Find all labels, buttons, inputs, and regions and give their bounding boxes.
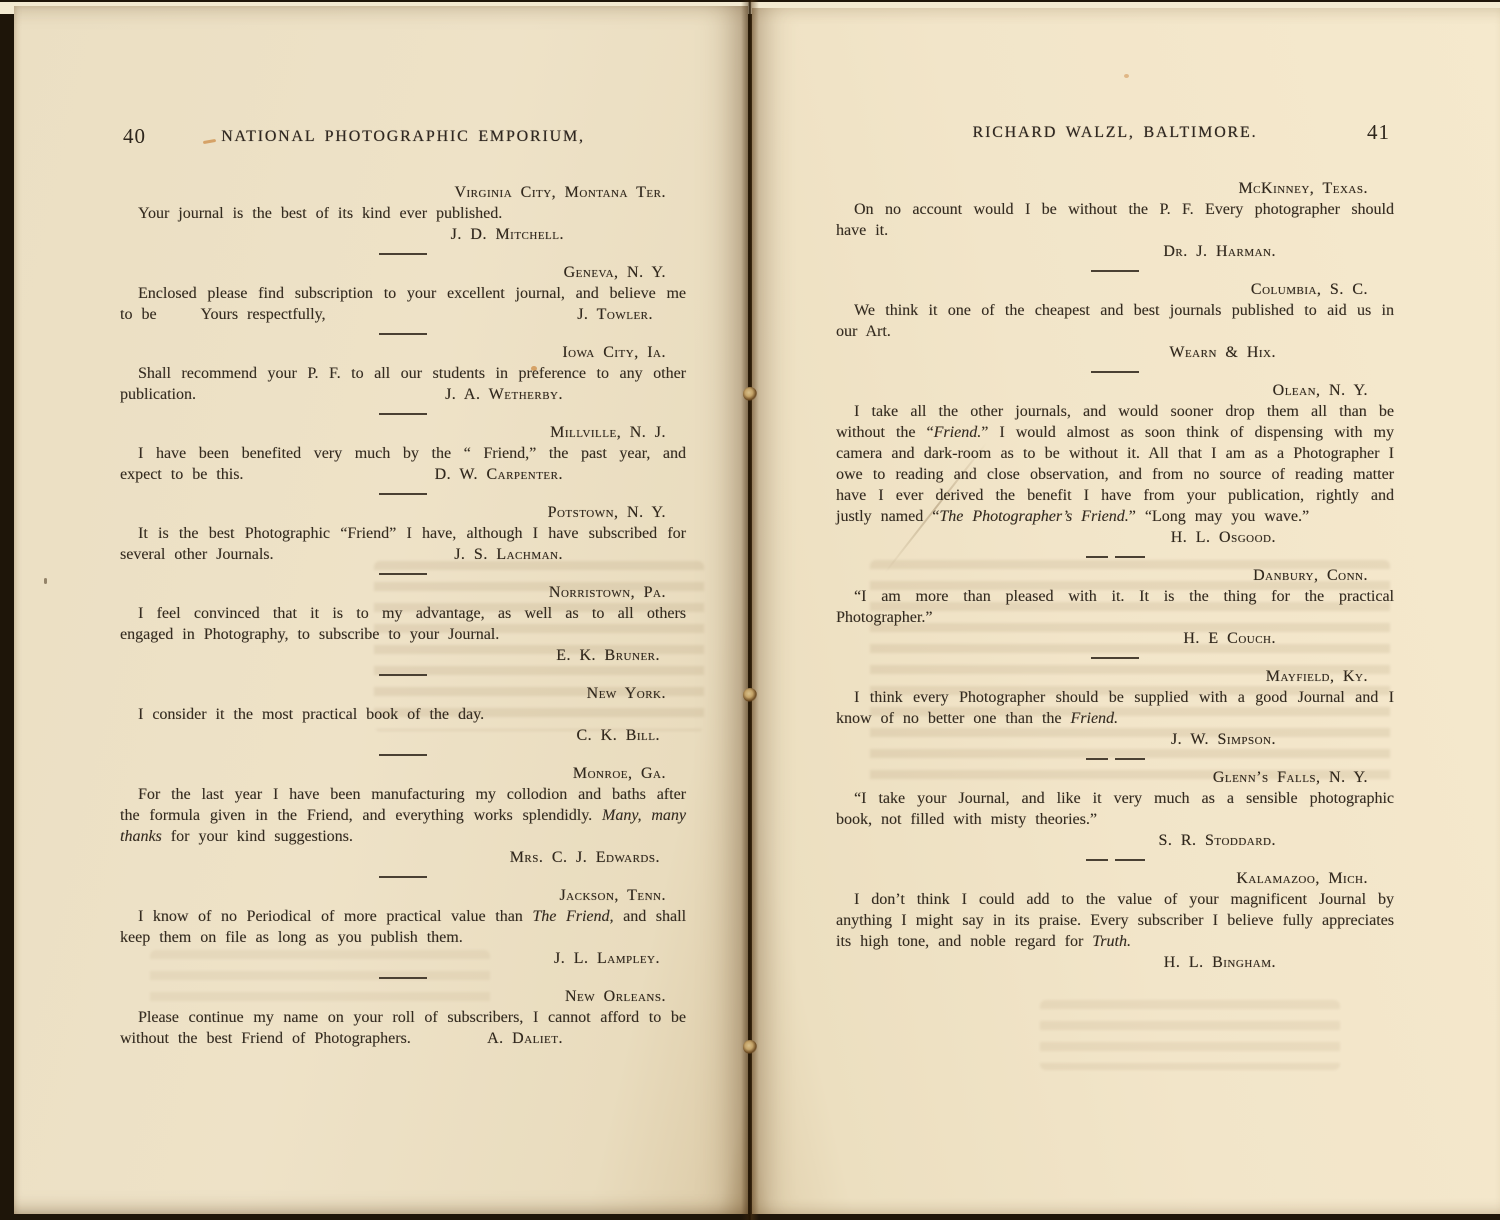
testimonial-location: Millville, N. J. bbox=[120, 422, 686, 443]
testimonial: Geneva, N. Y. Enclosed please find subsc… bbox=[120, 262, 686, 325]
testimonial-body: I feel convinced that it is to my advant… bbox=[120, 603, 686, 645]
testimonial-body: We think it one of the cheapest and best… bbox=[836, 300, 1394, 342]
testimonial-location: Mayfield, Ky. bbox=[836, 666, 1394, 687]
testimonial-signature: J. A. Wetherby. bbox=[445, 384, 563, 405]
testimonial-location: New Orleans. bbox=[120, 986, 686, 1007]
testimonial-signature: S. R. Stoddard. bbox=[836, 830, 1394, 851]
testimonial-body: “I take your Journal, and like it very m… bbox=[836, 788, 1394, 830]
stitch-hole bbox=[743, 387, 757, 401]
testimonial: Potstown, N. Y. It is the best Photograp… bbox=[120, 502, 686, 565]
testimonial: Millville, N. J. I have been benefited v… bbox=[120, 422, 686, 485]
testimonial-signature: J. D. Mitchell. bbox=[120, 224, 686, 245]
page-header: 40 NATIONAL PHOTOGRAPHIC EMPORIUM, bbox=[120, 128, 686, 152]
separator-rule bbox=[120, 666, 686, 683]
testimonial: Virginia City, Montana Ter. Your journal… bbox=[120, 182, 686, 245]
separator-rule bbox=[120, 746, 686, 763]
page-header: 41 RICHARD WALZL, BALTIMORE. bbox=[836, 124, 1394, 148]
testimonial-signature: H. E Couch. bbox=[836, 628, 1394, 649]
testimonial-body: Enclosed please find subscription to you… bbox=[120, 283, 686, 325]
testimonial-body: It is the best Photographic “Friend” I h… bbox=[120, 523, 686, 565]
page-title: NATIONAL PHOTOGRAPHIC EMPORIUM, bbox=[120, 128, 686, 146]
testimonial-body: I have been benefited very much by the “… bbox=[120, 443, 686, 485]
testimonial-location: Iowa City, Ia. bbox=[120, 342, 686, 363]
testimonial-signature: J. S. Lachman. bbox=[454, 544, 563, 565]
testimonial-body: For the last year I have been manufactur… bbox=[120, 784, 686, 847]
testimonial: Monroe, Ga. For the last year I have bee… bbox=[120, 763, 686, 868]
testimonial-signature: Dr. J. Harman. bbox=[836, 241, 1394, 262]
testimonial-signature: D. W. Carpenter. bbox=[435, 464, 563, 485]
binding-gutter bbox=[741, 0, 759, 1220]
separator-rule bbox=[836, 750, 1394, 767]
page-number: 40 bbox=[123, 124, 146, 149]
testimonial-location: Columbia, S. C. bbox=[836, 279, 1394, 300]
testimonial: McKinney, Texas. On no account would I b… bbox=[836, 178, 1394, 262]
testimonial-location: Kalamazoo, Mich. bbox=[836, 868, 1394, 889]
testimonial-body: I think every Photographer should be sup… bbox=[836, 687, 1394, 729]
testimonial-signature: Wearn & Hix. bbox=[836, 342, 1394, 363]
testimonial-body: Please continue my name on your roll of … bbox=[120, 1007, 686, 1049]
testimonial-signature: C. K. Bill. bbox=[120, 725, 686, 746]
testimonial-location: New York. bbox=[120, 683, 686, 704]
testimonial-body: I don’t think I could add to the value o… bbox=[836, 889, 1394, 952]
book-scan: { "colors": {"paper_left": "#eee2c7", "p… bbox=[0, 0, 1500, 1220]
testimonial-location: Glenn’s Falls, N. Y. bbox=[836, 767, 1394, 788]
testimonial-location: McKinney, Texas. bbox=[836, 178, 1394, 199]
testimonial-signature: J. L. Lampley. bbox=[120, 948, 686, 969]
page-title: RICHARD WALZL, BALTIMORE. bbox=[836, 124, 1394, 142]
testimonial: Jackson, Tenn. I know of no Periodical o… bbox=[120, 885, 686, 969]
testimonial-body: “I am more than pleased with it. It is t… bbox=[836, 586, 1394, 628]
testimonial: Columbia, S. C. We think it one of the c… bbox=[836, 279, 1394, 363]
testimonial-signature: J. W. Simpson. bbox=[836, 729, 1394, 750]
testimonial-location: Potstown, N. Y. bbox=[120, 502, 686, 523]
separator-rule bbox=[120, 485, 686, 502]
testimonial-body: On no account would I be without the P. … bbox=[836, 199, 1394, 241]
testimonial: New York. I consider it the most practic… bbox=[120, 683, 686, 746]
testimonial-body: I take all the other journals, and would… bbox=[836, 401, 1394, 527]
testimonial-location: Virginia City, Montana Ter. bbox=[120, 182, 686, 203]
testimonial: Olean, N. Y. I take all the other journa… bbox=[836, 380, 1394, 548]
testimonial-signature: A. Daliet. bbox=[487, 1028, 563, 1049]
testimonial: New Orleans. Please continue my name on … bbox=[120, 986, 686, 1049]
separator-rule bbox=[120, 868, 686, 885]
testimonial-location: Monroe, Ga. bbox=[120, 763, 686, 784]
page-right: 41 RICHARD WALZL, BALTIMORE. McKinney, T… bbox=[752, 8, 1500, 1214]
testimonial-location: Geneva, N. Y. bbox=[120, 262, 686, 283]
testimonial: Glenn’s Falls, N. Y. “I take your Journa… bbox=[836, 767, 1394, 851]
stitch-hole bbox=[743, 688, 757, 702]
separator-rule bbox=[120, 245, 686, 262]
testimonial-location: Norristown, Pa. bbox=[120, 582, 686, 603]
testimonial-signature: H. L. Osgood. bbox=[836, 527, 1394, 548]
testimonial-location: Olean, N. Y. bbox=[836, 380, 1394, 401]
testimonial: Danbury, Conn. “I am more than pleased w… bbox=[836, 565, 1394, 649]
separator-rule bbox=[836, 649, 1394, 666]
separator-rule bbox=[836, 851, 1394, 868]
testimonial: Kalamazoo, Mich. I don’t think I could a… bbox=[836, 868, 1394, 973]
separator-rule bbox=[120, 969, 686, 986]
testimonial: Mayfield, Ky. I think every Photographer… bbox=[836, 666, 1394, 750]
separator-rule bbox=[120, 325, 686, 342]
testimonial-body: Your journal is the best of its kind eve… bbox=[120, 203, 686, 224]
page-number: 41 bbox=[1367, 120, 1390, 145]
testimonial-body: I know of no Periodical of more practica… bbox=[120, 906, 686, 948]
separator-rule bbox=[120, 405, 686, 422]
testimonial-body: I consider it the most practical book of… bbox=[120, 704, 686, 725]
separator-rule bbox=[836, 262, 1394, 279]
testimonial-location: Danbury, Conn. bbox=[836, 565, 1394, 586]
testimonial-signature: E. K. Bruner. bbox=[120, 645, 686, 666]
separator-rule bbox=[836, 363, 1394, 380]
page-left: 40 NATIONAL PHOTOGRAPHIC EMPORIUM, Virgi… bbox=[14, 6, 748, 1214]
stitch-hole bbox=[743, 1040, 757, 1054]
testimonial-signature: H. L. Bingham. bbox=[836, 952, 1394, 973]
testimonial: Iowa City, Ia. Shall recommend your P. F… bbox=[120, 342, 686, 405]
separator-rule bbox=[120, 565, 686, 582]
testimonial-signature: Mrs. C. J. Edwards. bbox=[120, 847, 686, 868]
testimonial: Norristown, Pa. I feel convinced that it… bbox=[120, 582, 686, 666]
testimonial-location: Jackson, Tenn. bbox=[120, 885, 686, 906]
testimonial-signature: J. Towler. bbox=[577, 304, 653, 325]
testimonial-body: Shall recommend your P. F. to all our st… bbox=[120, 363, 686, 405]
separator-rule bbox=[836, 548, 1394, 565]
